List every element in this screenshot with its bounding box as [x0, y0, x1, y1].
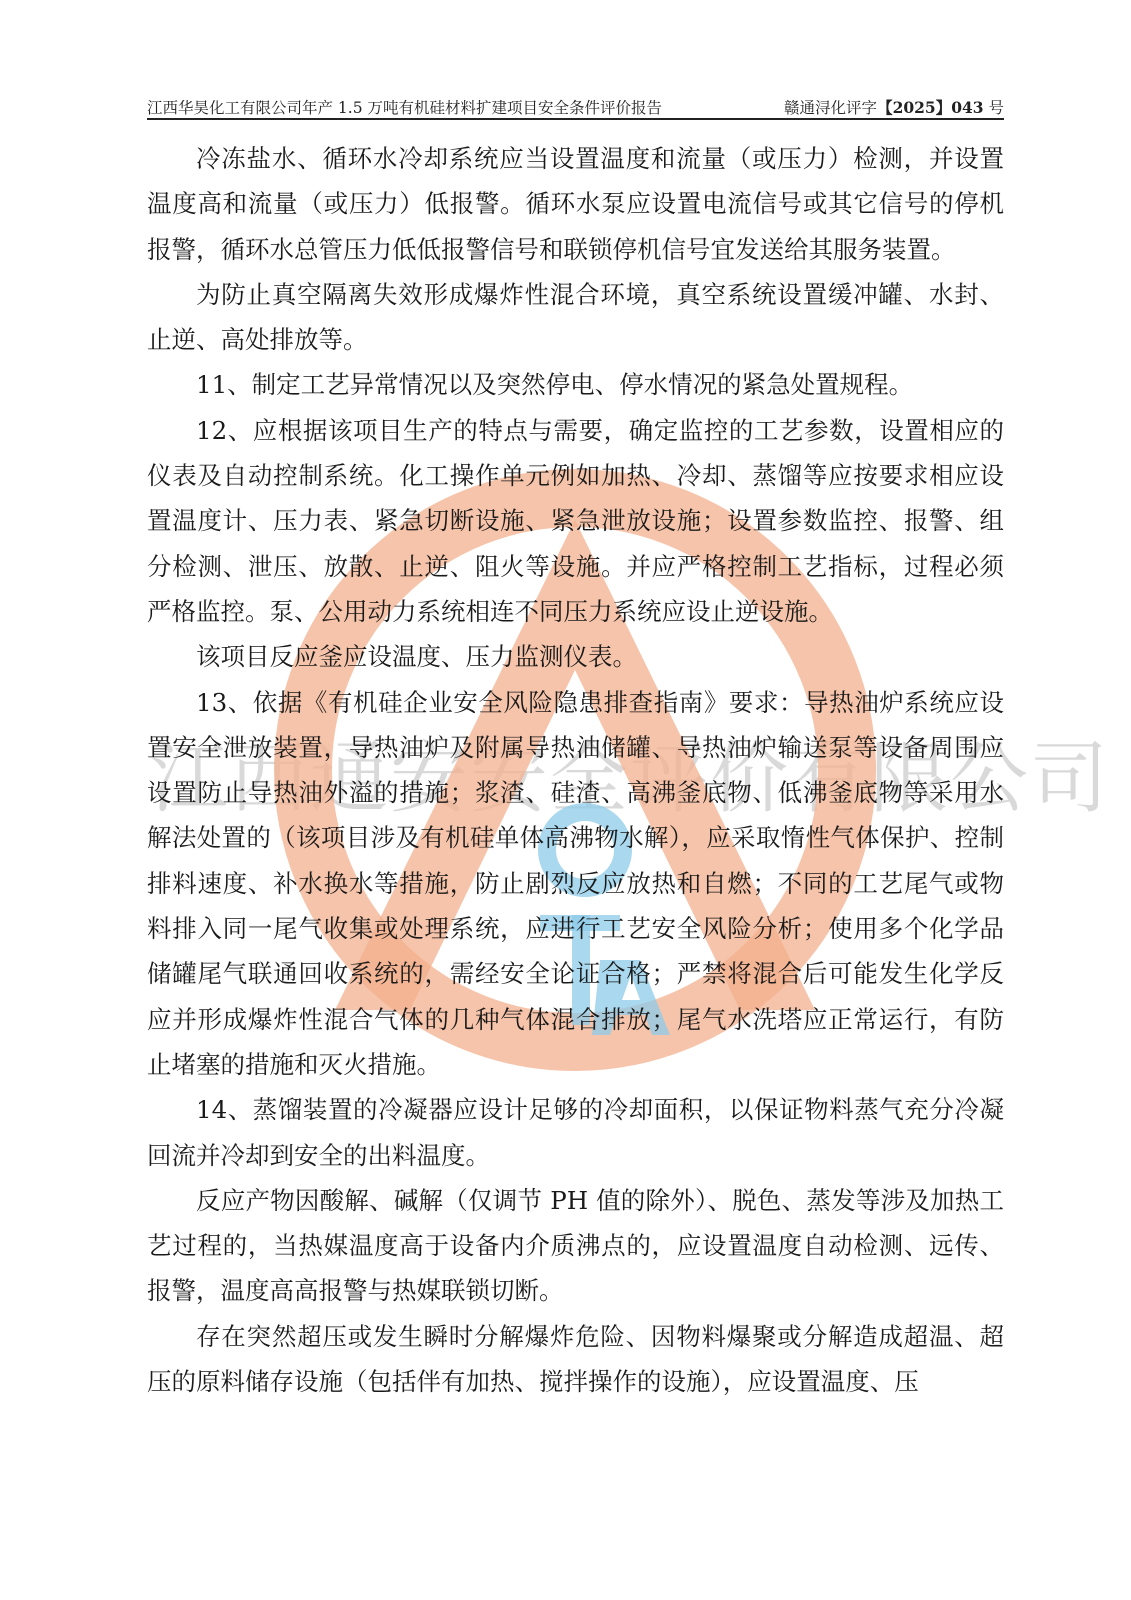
- paragraph-cooling-water: 冷冻盐水、循环水冷却系统应当设置温度和流量（或压力）检测，并设置温度高和流量（或…: [147, 136, 1004, 272]
- body-content: 冷冻盐水、循环水冷却系统应当设置温度和流量（或压力）检测，并设置温度高和流量（或…: [147, 136, 1004, 1404]
- paragraph-item-12: 12、应根据该项目生产的特点与需要，确定监控的工艺参数，设置相应的仪表及自动控制…: [147, 408, 1004, 634]
- paragraph-vacuum-system: 为防止真空隔离失效形成爆炸性混合环境，真空系统设置缓冲罐、水封、止逆、高处排放等…: [147, 272, 1004, 363]
- document-page: 江西通安安全评价有限公司 江西华昊化工有限公司年产 1.5 万吨有机硅材料扩建项…: [0, 0, 1131, 1600]
- paragraph-heating-process: 反应产物因酸解、碱解（仅调节 PH 值的除外）、脱色、蒸发等涉及加热工艺过程的，…: [147, 1178, 1004, 1314]
- doc-number-prefix: 赣通浔化评字: [784, 99, 877, 117]
- paragraph-item-11: 11、制定工艺异常情况以及突然停电、停水情况的紧急处置规程。: [147, 362, 1004, 407]
- paragraph-item-14: 14、蒸馏装置的冷凝器应设计足够的冷却面积，以保证物料蒸气充分冷凝回流并冷却到安…: [147, 1087, 1004, 1178]
- paragraph-overpressure-storage: 存在突然超压或发生瞬时分解爆炸危险、因物料爆聚或分解造成超温、超压的原料储存设施…: [147, 1314, 1004, 1405]
- doc-number-bold: 【2025】043: [877, 98, 984, 117]
- doc-number-suffix: 号: [984, 99, 1004, 117]
- paragraph-item-13: 13、依据《有机硅企业安全风险隐患排查指南》要求：导热油炉系统应设置安全泄放装置…: [147, 680, 1004, 1088]
- running-header: 江西华昊化工有限公司年产 1.5 万吨有机硅材料扩建项目安全条件评价报告 赣通浔…: [147, 92, 1004, 118]
- paragraph-reactor-instruments: 该项目反应釜应设温度、压力监测仪表。: [147, 634, 1004, 679]
- header-divider: [147, 118, 1004, 120]
- report-title: 江西华昊化工有限公司年产 1.5 万吨有机硅材料扩建项目安全条件评价报告: [147, 96, 662, 118]
- document-number: 赣通浔化评字【2025】043 号: [784, 96, 1004, 118]
